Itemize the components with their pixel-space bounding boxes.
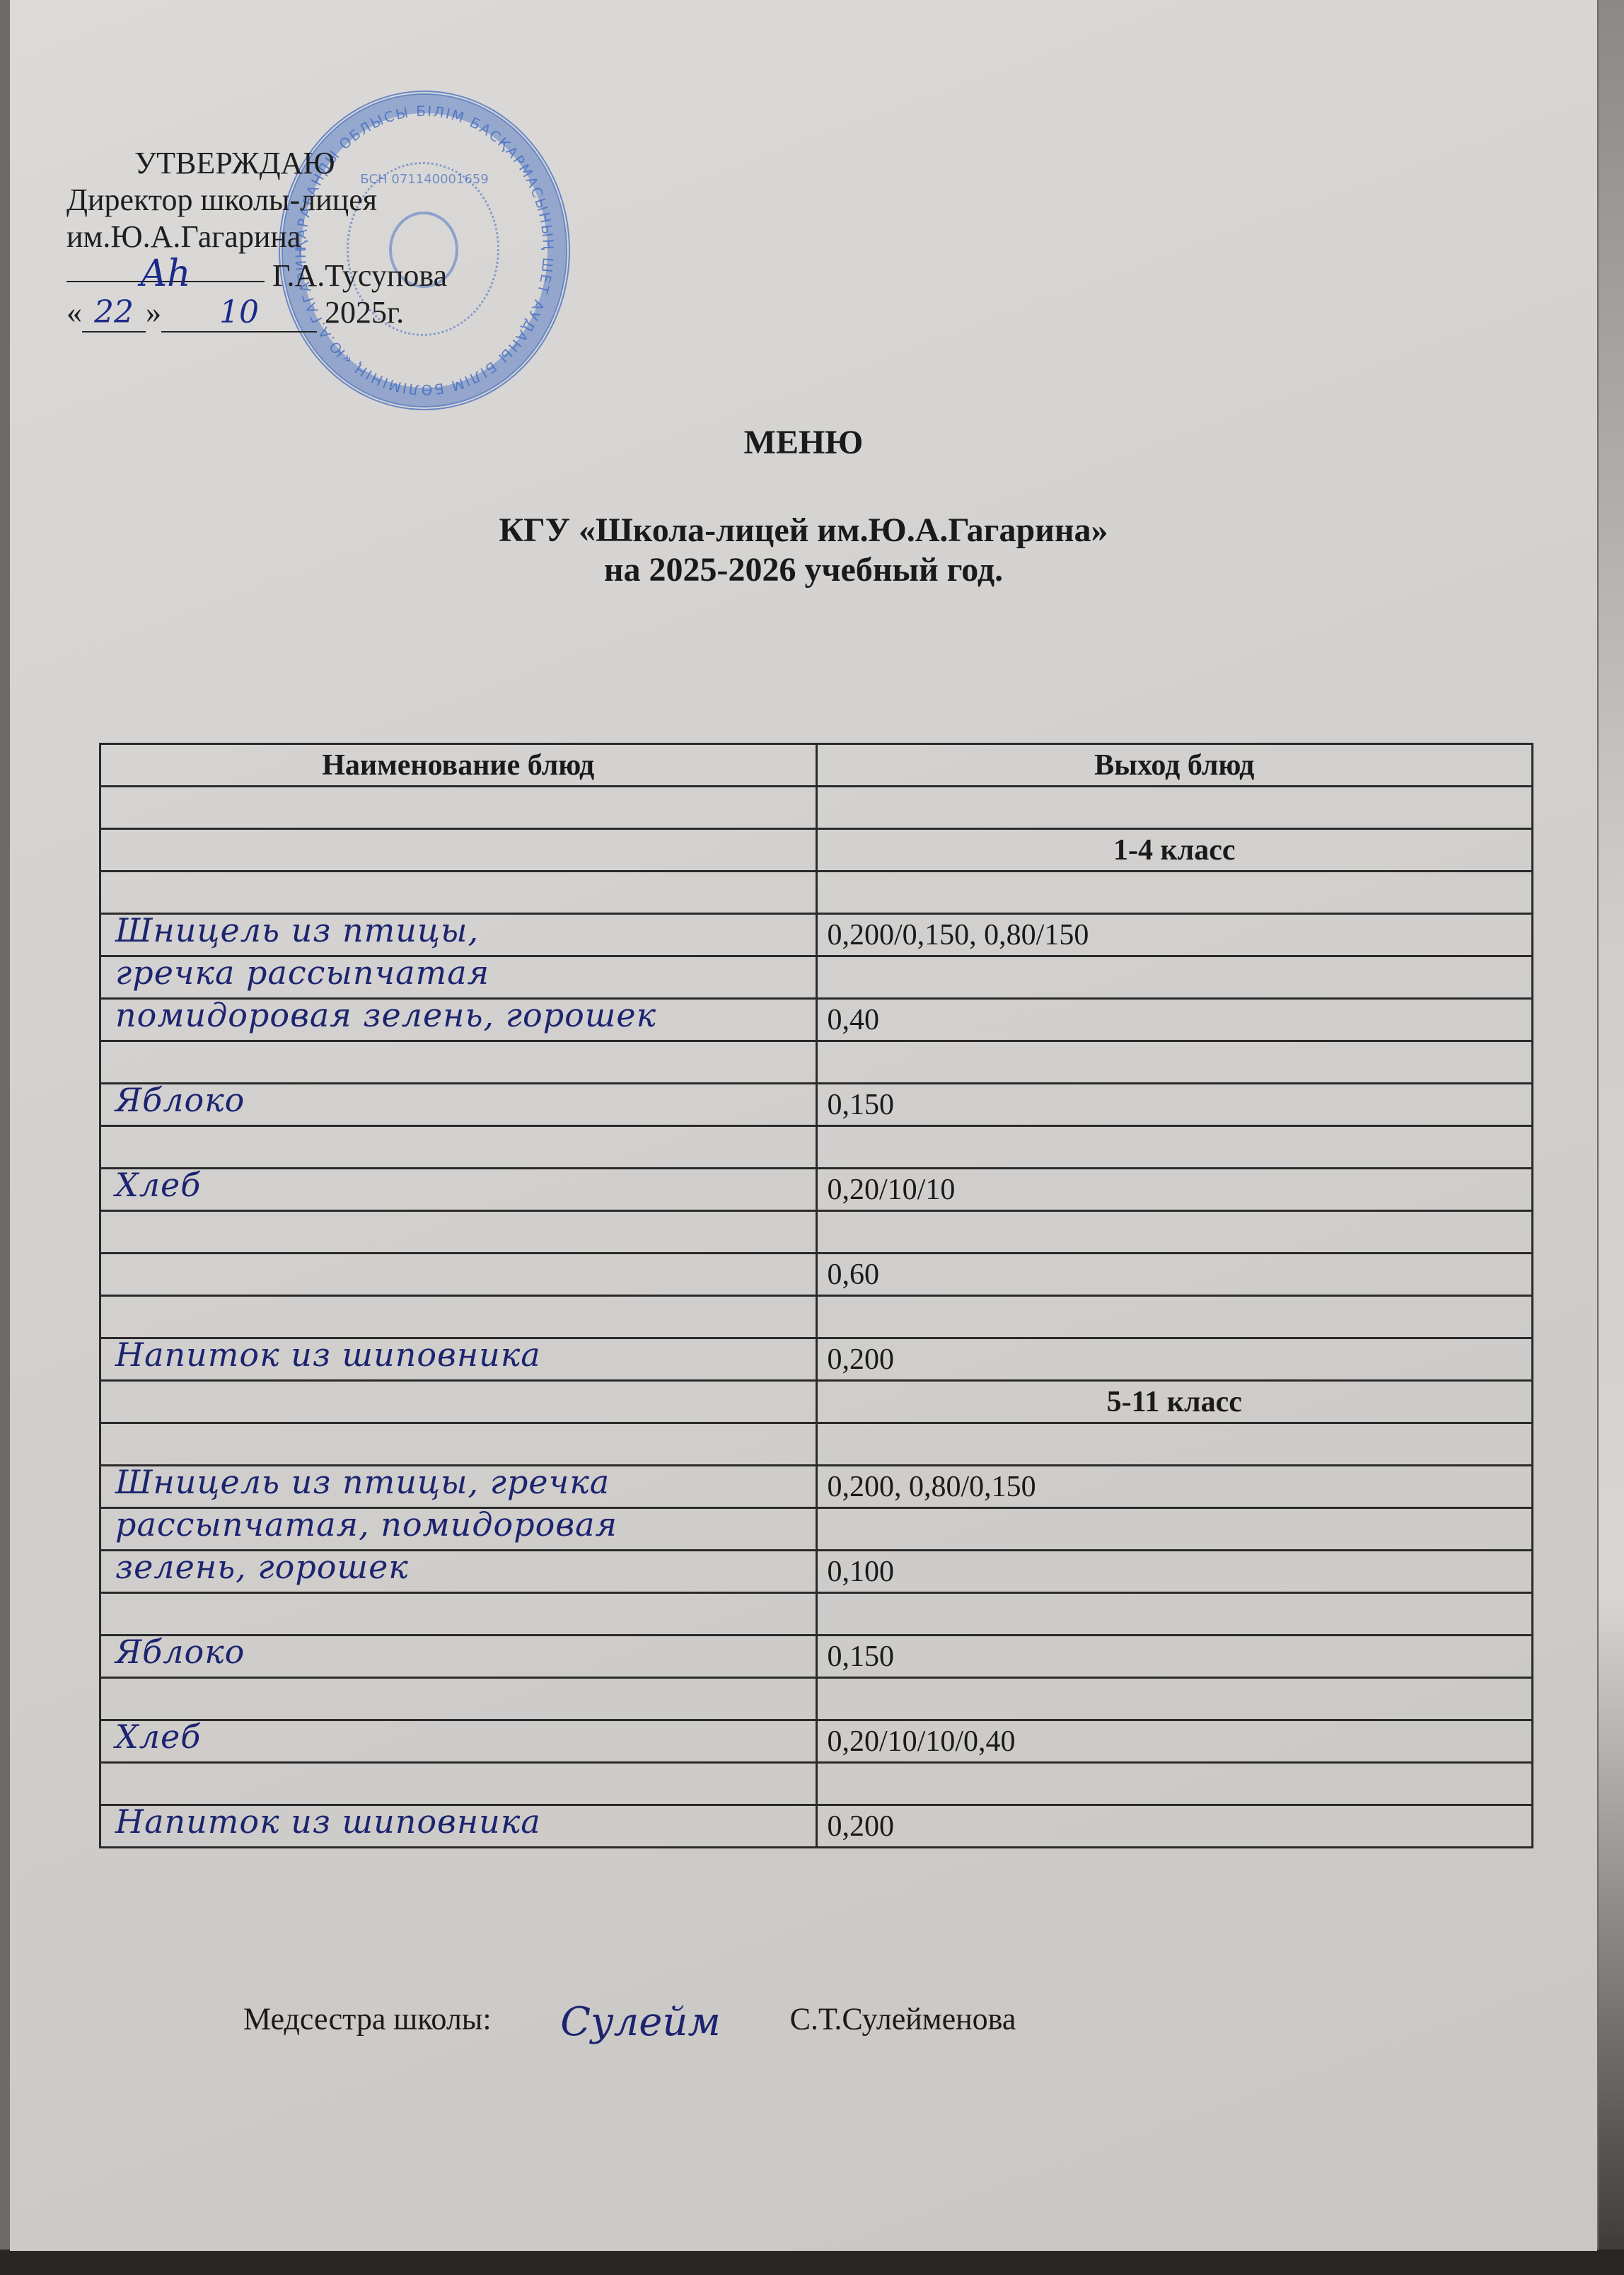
- table-row: Хлеб0,20/10/10/0,40: [100, 1720, 1533, 1763]
- table-row: Напиток из шиповника0,200: [100, 1805, 1533, 1848]
- director-signature: Ah: [66, 255, 265, 282]
- dish-name-handwritten: Напиток из шиповника: [115, 1336, 541, 1374]
- date-month: 10: [161, 294, 317, 332]
- date-quote-close: »: [146, 295, 161, 330]
- dish-cell: [100, 1296, 817, 1338]
- approval-position: Директор школы-лицея: [66, 182, 447, 219]
- output-cell: 0,20/10/10: [816, 1169, 1533, 1211]
- section-label: 1-4 класс: [816, 829, 1533, 872]
- dish-cell: [100, 829, 817, 872]
- output-cell: [816, 1041, 1533, 1084]
- dish-cell: [100, 1678, 817, 1720]
- output-cell: 0,200/0,150, 0,80/150: [816, 914, 1533, 956]
- dish-cell: гречка рассыпчатая: [100, 956, 817, 999]
- dish-cell: рассыпчатая, помидоровая: [100, 1508, 817, 1551]
- dish-name-handwritten: рассыпчатая, помидоровая: [115, 1505, 617, 1544]
- dish-cell: Напиток из шиповника: [100, 1805, 817, 1848]
- table-row: Яблоко0,150: [100, 1636, 1533, 1678]
- table-row: [100, 1041, 1533, 1084]
- output-cell: [816, 1508, 1533, 1551]
- section-row: 1-4 класс: [100, 829, 1533, 872]
- output-cell: [816, 956, 1533, 999]
- dish-name-handwritten: Хлеб: [115, 1166, 201, 1204]
- dish-cell: Шницель из птицы,: [100, 914, 817, 956]
- table-row: [100, 1296, 1533, 1338]
- output-cell: [816, 1593, 1533, 1636]
- output-cell: [816, 1296, 1533, 1338]
- table-row: 0,60: [100, 1254, 1533, 1296]
- approval-school: им.Ю.А.Гагарина: [66, 219, 447, 255]
- table-row: [100, 1126, 1533, 1169]
- director-name: Г.А.Тусупова: [272, 258, 447, 293]
- dish-cell: зелень, горошек: [100, 1551, 817, 1593]
- table-row: [100, 1593, 1533, 1636]
- dish-cell: [100, 872, 817, 914]
- academic-year: на 2025-2026 учебный год.: [10, 550, 1597, 589]
- date-day: 22: [82, 294, 146, 332]
- organization-name: КГУ «Школа-лицей им.Ю.А.Гагарина»: [10, 511, 1597, 550]
- dish-cell: Шницель из птицы, гречка: [100, 1466, 817, 1508]
- background-surface-bottom: [0, 2250, 1624, 2275]
- table-header-row: Наименование блюд Выход блюд: [100, 744, 1533, 787]
- table-row: зелень, горошек0,100: [100, 1551, 1533, 1593]
- dish-name-handwritten: Хлеб: [115, 1718, 201, 1756]
- output-cell: 0,200, 0,80/0,150: [816, 1466, 1533, 1508]
- table-row: [100, 1423, 1533, 1466]
- output-cell: [816, 872, 1533, 914]
- dish-cell: [100, 1381, 817, 1423]
- dish-cell: помидоровая зелень, горошек: [100, 999, 817, 1041]
- dish-cell: [100, 1126, 817, 1169]
- nurse-name: С.Т.Сулейменова: [790, 2002, 1016, 2037]
- dish-name-handwritten: Яблоко: [115, 1081, 245, 1119]
- table-row: [100, 787, 1533, 829]
- output-cell: [816, 1126, 1533, 1169]
- nurse-label: Медсестра школы:: [243, 2002, 492, 2037]
- dish-cell: [100, 1763, 817, 1805]
- column-header-dish: Наименование блюд: [100, 744, 817, 787]
- output-cell: [816, 1763, 1533, 1805]
- dish-name-handwritten: Напиток из шиповника: [115, 1802, 541, 1841]
- table-row: Шницель из птицы, гречка0,200, 0,80/0,15…: [100, 1466, 1533, 1508]
- dish-cell: [100, 787, 817, 829]
- table-row: [100, 872, 1533, 914]
- document-page: ҚАРАҒАНДЫ ОБЛЫСЫ БІЛІМ БАСҚАРМАСЫНЫҢ ШЕТ…: [10, 0, 1597, 2251]
- table-row: рассыпчатая, помидоровая: [100, 1508, 1533, 1551]
- date-year: 2025г.: [325, 295, 404, 330]
- output-cell: [816, 787, 1533, 829]
- dish-name-handwritten: Яблоко: [115, 1633, 245, 1671]
- dish-name-handwritten: Шницель из птицы, гречка: [115, 1463, 610, 1501]
- dish-cell: [100, 1423, 817, 1466]
- table-row: Хлеб0,20/10/10: [100, 1169, 1533, 1211]
- section-row: 5-11 класс: [100, 1381, 1533, 1423]
- table-row: гречка рассыпчатая: [100, 956, 1533, 999]
- background-surface: [1599, 0, 1624, 2275]
- page-title: МЕНЮ: [10, 423, 1597, 462]
- dish-cell: [100, 1593, 817, 1636]
- dish-name-handwritten: Шницель из птицы,: [115, 911, 479, 949]
- column-header-output: Выход блюд: [816, 744, 1533, 787]
- output-cell: 0,40: [816, 999, 1533, 1041]
- output-cell: 0,200: [816, 1805, 1533, 1848]
- table-row: [100, 1763, 1533, 1805]
- approval-block: УТВЕРЖДАЮ Директор школы-лицея им.Ю.А.Га…: [66, 145, 447, 332]
- dish-cell: [100, 1254, 817, 1296]
- table-row: помидоровая зелень, горошек0,40: [100, 999, 1533, 1041]
- date-quote-open: «: [66, 295, 82, 330]
- dish-cell: Яблоко: [100, 1636, 817, 1678]
- dish-cell: [100, 1041, 817, 1084]
- dish-name-handwritten: гречка рассыпчатая: [115, 954, 489, 992]
- section-label: 5-11 класс: [816, 1381, 1533, 1423]
- output-cell: 0,20/10/10/0,40: [816, 1720, 1533, 1763]
- approval-date: «22»10 2025г.: [66, 294, 447, 332]
- menu-table: Наименование блюд Выход блюд 1-4 классШн…: [99, 743, 1533, 1848]
- output-cell: 0,150: [816, 1636, 1533, 1678]
- dish-cell: [100, 1211, 817, 1254]
- output-cell: 0,150: [816, 1084, 1533, 1126]
- table-row: Шницель из птицы,0,200/0,150, 0,80/150: [100, 914, 1533, 956]
- dish-cell: Хлеб: [100, 1169, 817, 1211]
- approval-signature-line: Ah Г.А.Тусупова: [66, 255, 447, 294]
- dish-cell: Хлеб: [100, 1720, 817, 1763]
- dish-name-handwritten: зелень, горошек: [115, 1548, 409, 1586]
- output-cell: [816, 1423, 1533, 1466]
- dish-cell: Яблоко: [100, 1084, 817, 1126]
- output-cell: 0,100: [816, 1551, 1533, 1593]
- dish-cell: Напиток из шиповника: [100, 1338, 817, 1381]
- approval-heading: УТВЕРЖДАЮ: [66, 145, 447, 182]
- output-cell: [816, 1678, 1533, 1720]
- output-cell: 0,200: [816, 1338, 1533, 1381]
- output-cell: [816, 1211, 1533, 1254]
- table-row: Яблоко0,150: [100, 1084, 1533, 1126]
- table-row: [100, 1678, 1533, 1720]
- nurse-signature-block: Медсестра школы: Сулейм С.Т.Сулейменова: [243, 1999, 1016, 2045]
- table-row: [100, 1211, 1533, 1254]
- output-cell: 0,60: [816, 1254, 1533, 1296]
- table-row: Напиток из шиповника0,200: [100, 1338, 1533, 1381]
- dish-name-handwritten: помидоровая зелень, горошек: [115, 996, 656, 1034]
- nurse-signature: Сулейм: [499, 1999, 782, 2045]
